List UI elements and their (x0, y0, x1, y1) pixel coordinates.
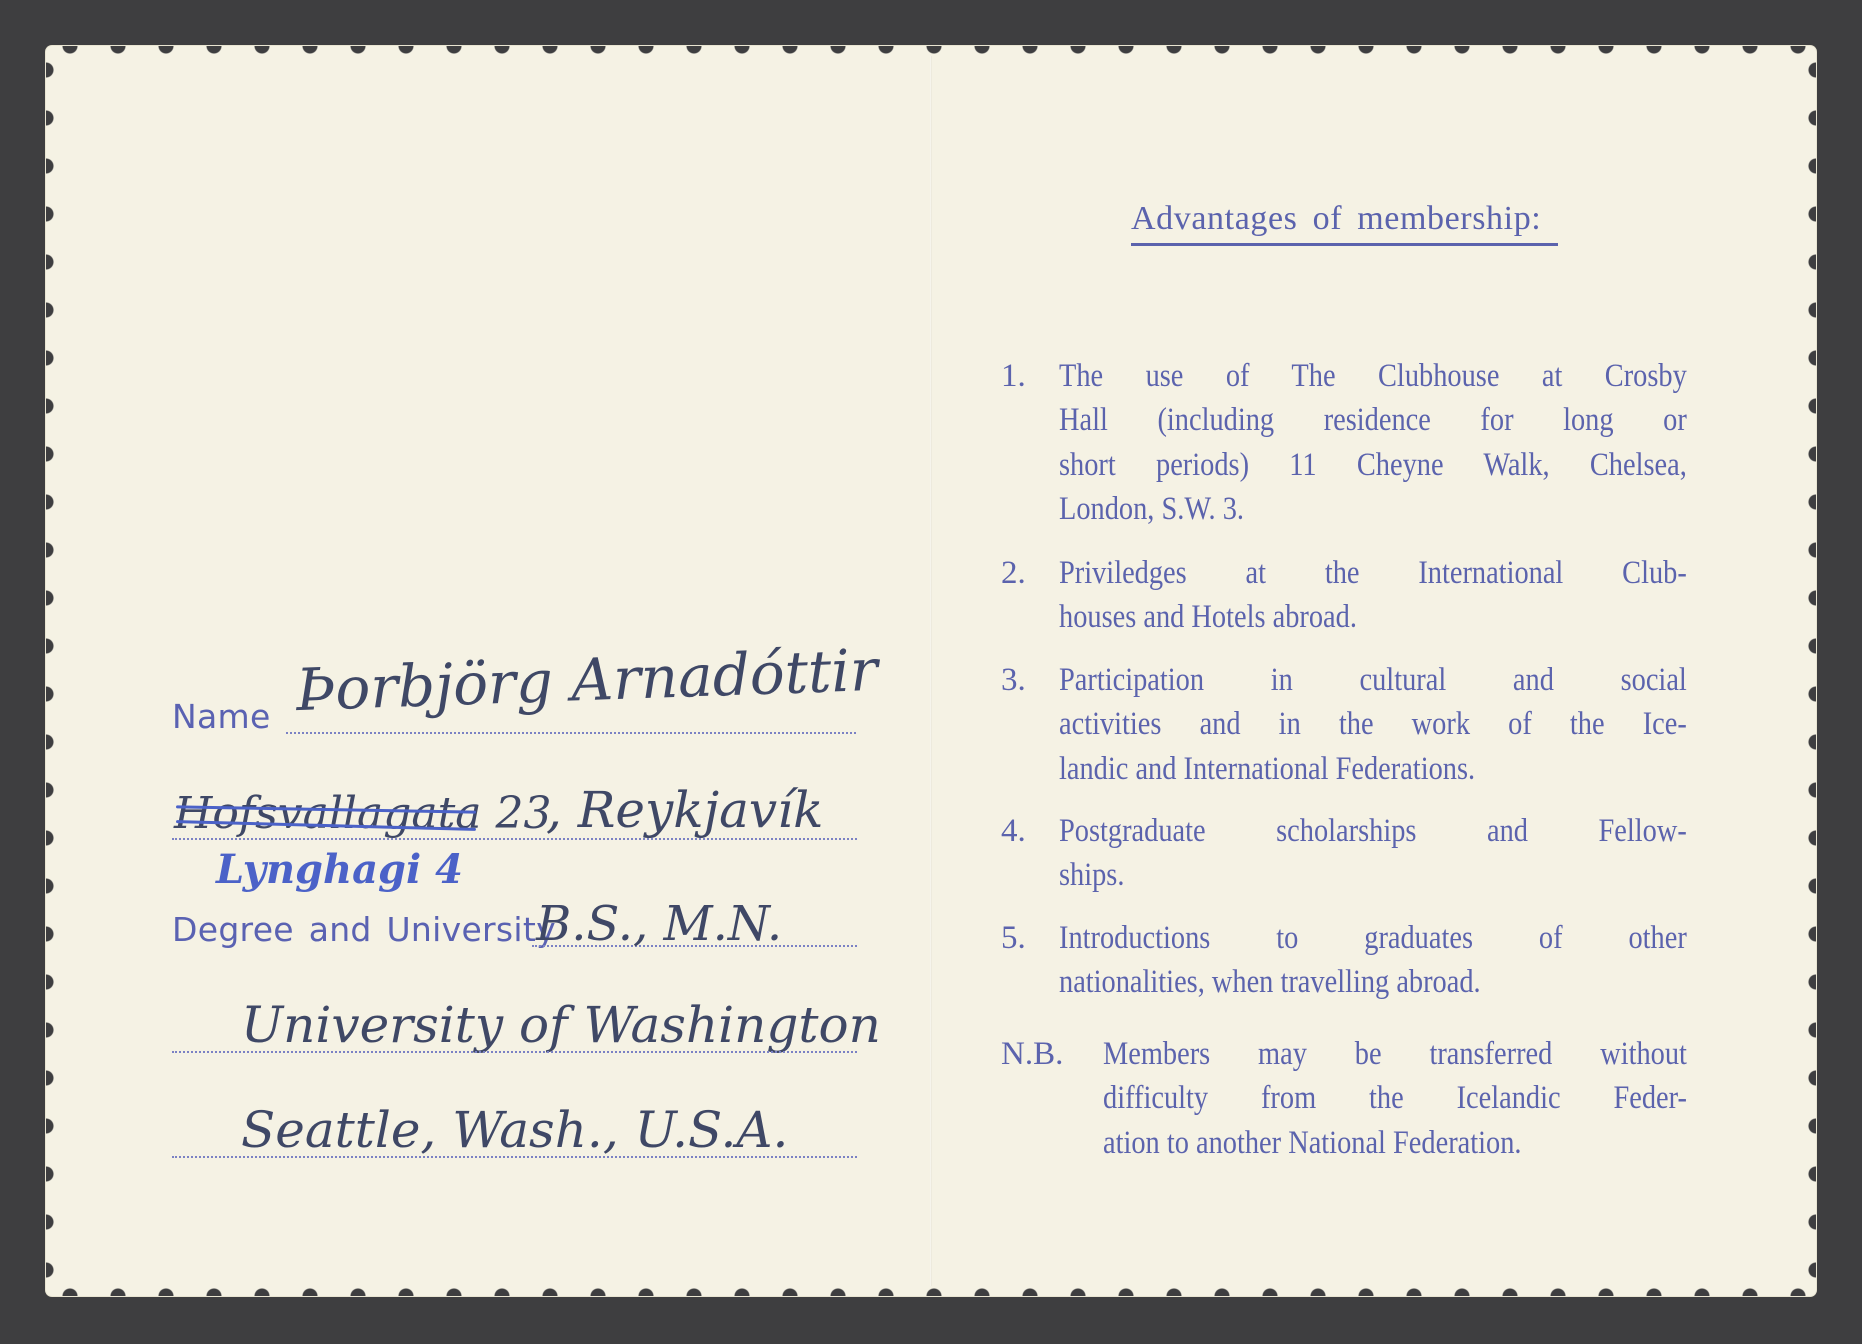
nb-line: difficulty from the Icelandic Feder- (1103, 1076, 1687, 1120)
scalloped-edge-top (46, 46, 1816, 54)
item-number: 1. (1001, 354, 1026, 398)
item-line: Introductions to graduates of other (1059, 916, 1687, 960)
location-dotted-line (172, 1156, 857, 1158)
item-line: Participation in cultural and social (1059, 658, 1687, 702)
handwritten-name: Þorbjörg Arnadóttir (295, 636, 879, 724)
scalloped-edge-bottom (46, 1288, 1816, 1296)
item-line: activities and in the work of the Ice- (1059, 702, 1687, 746)
advantages-title: Advantages of membership: (1131, 200, 1541, 238)
item-line: landic and International Federations. (1059, 747, 1687, 791)
item-line: Priviledges at the International Club- (1059, 551, 1687, 595)
item-line: short periods) 11 Cheyne Walk, Chelsea, (1059, 443, 1687, 487)
item-line: ships. (1059, 853, 1687, 897)
handwritten-university: University of Washington (241, 996, 881, 1054)
name-dotted-line (286, 732, 856, 734)
item-line: Hall (including residence for long or (1059, 398, 1687, 442)
university-dotted-line (172, 1051, 857, 1053)
name-label: Name (172, 697, 271, 736)
handwritten-city: , Reykjavík (546, 781, 823, 839)
card-fold-line (930, 56, 932, 1286)
item-line: London, S.W. 3. (1059, 487, 1687, 531)
item-line: houses and Hotels abroad. (1059, 595, 1687, 639)
item-line: nationalities, when travelling abroad. (1059, 960, 1687, 1004)
item-number: 4. (1001, 809, 1026, 853)
item-text: The use of The Clubhouse at Crosby Hall … (1059, 354, 1687, 531)
handwritten-address-correction: Lynghagi 4 (216, 846, 463, 893)
nb-label: N.B. (1001, 1032, 1063, 1076)
item-text: Priviledges at the International Club- h… (1059, 551, 1687, 640)
membership-card: Name Þorbjörg Arnadóttir Hofsvallagata 2… (46, 46, 1816, 1296)
item-text: Postgraduate scholarships and Fellow- sh… (1059, 809, 1687, 898)
scalloped-edge-right (1808, 46, 1816, 1296)
item-number: 5. (1001, 916, 1026, 960)
degree-university-label: Degree and University (172, 910, 556, 949)
scalloped-edge-left (46, 46, 54, 1296)
item-number: 3. (1001, 658, 1026, 702)
item-text: Participation in cultural and social act… (1059, 658, 1687, 791)
handwritten-degree: B.S., M.N. (536, 896, 782, 952)
item-line: The use of The Clubhouse at Crosby (1059, 354, 1687, 398)
handwritten-location: Seattle, Wash., U.S.A. (241, 1101, 788, 1159)
handwritten-address-struck: Hofsvallagata 23 (174, 788, 551, 839)
item-line: Postgraduate scholarships and Fellow- (1059, 809, 1687, 853)
item-number: 2. (1001, 551, 1026, 595)
title-underline (1131, 243, 1558, 246)
nb-text: Members may be transferred without diffi… (1103, 1032, 1687, 1165)
nb-line: ation to another National Federation. (1103, 1121, 1687, 1165)
nb-line: Members may be transferred without (1103, 1032, 1687, 1076)
item-text: Introductions to graduates of other nati… (1059, 916, 1687, 1005)
